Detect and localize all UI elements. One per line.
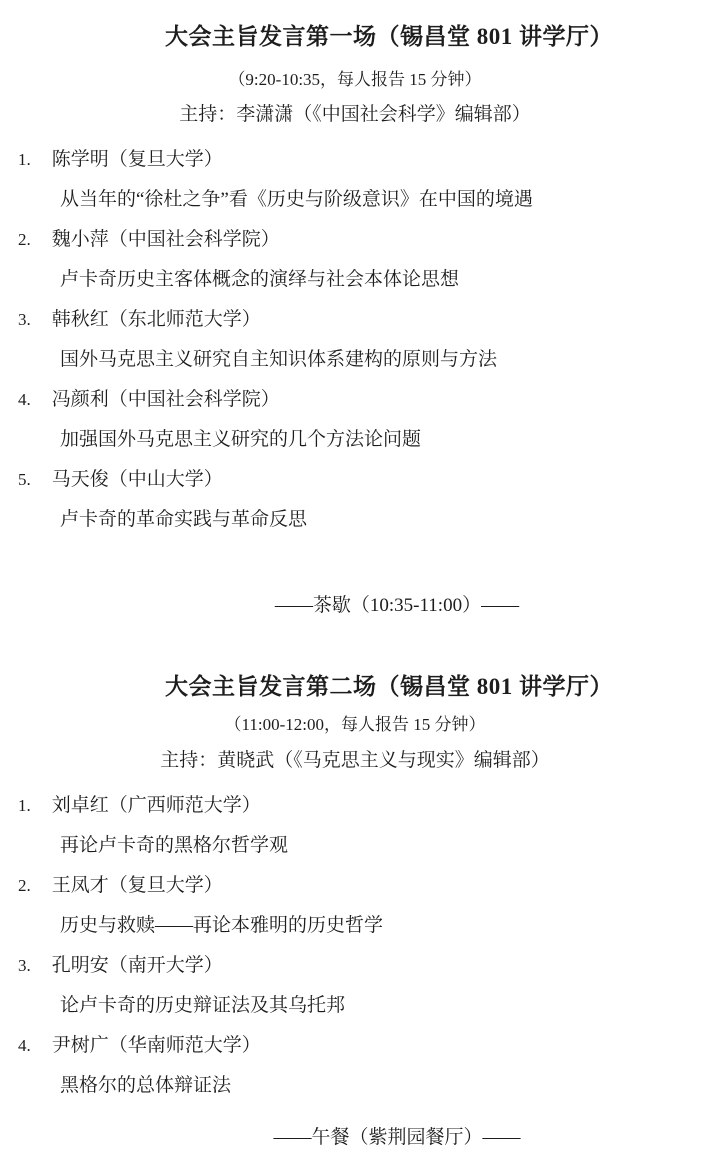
talk-topic: 卢卡奇历史主客体概念的演绎与社会本体论思想 (0, 260, 710, 300)
session-2-talk-list: 1. 刘卓红（广西师范大学） 再论卢卡奇的黑格尔哲学观 2. 王凤才（复旦大学）… (0, 786, 710, 1106)
talk-number: 1. (18, 140, 47, 180)
talk-topic: 加强国外马克思主义研究的几个方法论问题 (0, 420, 710, 460)
talk-item: 5. 马天俊（中山大学） 卢卡奇的革命实践与革命反思 (0, 460, 710, 540)
talk-item: 4. 尹树广（华南师范大学） 黑格尔的总体辩证法 (0, 1026, 710, 1106)
talk-speaker-line: 1. 刘卓红（广西师范大学） (0, 786, 710, 826)
talk-speaker-line: 2. 魏小萍（中国社会科学院） (0, 220, 710, 260)
tea-break-note: ——茶歇（10:35-11:00）—— (0, 586, 710, 626)
talk-speaker-line: 3. 韩秋红（东北师范大学） (0, 300, 710, 340)
talk-topic: 卢卡奇的革命实践与革命反思 (0, 500, 710, 540)
session-2-host: 主持：黄晓武（《马克思主义与现实》编辑部） (0, 749, 710, 773)
lunch-break-note: ——午餐（紫荆园餐厅）—— (0, 1118, 710, 1158)
talk-speaker: 王凤才（复旦大学） (52, 875, 223, 896)
talk-speaker-line: 5. 马天俊（中山大学） (0, 460, 710, 500)
talk-speaker-line: 1. 陈学明（复旦大学） (0, 140, 710, 180)
session-1-time-note: （9:20-10:35，每人报告 15 分钟） (0, 68, 710, 92)
talk-item: 1. 刘卓红（广西师范大学） 再论卢卡奇的黑格尔哲学观 (0, 786, 710, 866)
talk-speaker: 韩秋红（东北师范大学） (52, 309, 261, 330)
talk-topic: 历史与救赎——再论本雅明的历史哲学 (0, 906, 710, 946)
session-1: 大会主旨发言第一场（锡昌堂 801 讲学厅） （9:20-10:35，每人报告 … (0, 22, 710, 626)
talk-item: 3. 韩秋红（东北师范大学） 国外马克思主义研究自主知识体系建构的原则与方法 (0, 300, 710, 380)
conference-program-page: 大会主旨发言第一场（锡昌堂 801 讲学厅） （9:20-10:35，每人报告 … (0, 0, 710, 1175)
talk-speaker: 魏小萍（中国社会科学院） (52, 229, 280, 250)
session-1-host: 主持：李潇潇（《中国社会科学》编辑部） (0, 103, 710, 127)
talk-topic: 国外马克思主义研究自主知识体系建构的原则与方法 (0, 340, 710, 380)
talk-number: 2. (18, 866, 47, 906)
talk-topic: 再论卢卡奇的黑格尔哲学观 (0, 826, 710, 866)
talk-speaker-line: 4. 尹树广（华南师范大学） (0, 1026, 710, 1066)
talk-topic: 论卢卡奇的历史辩证法及其乌托邦 (0, 986, 710, 1026)
talk-speaker: 刘卓红（广西师范大学） (52, 795, 261, 816)
talk-speaker: 孔明安（南开大学） (52, 955, 223, 976)
talk-item: 4. 冯颜利（中国社会科学院） 加强国外马克思主义研究的几个方法论问题 (0, 380, 710, 460)
talk-item: 2. 魏小萍（中国社会科学院） 卢卡奇历史主客体概念的演绎与社会本体论思想 (0, 220, 710, 300)
talk-number: 3. (18, 300, 47, 340)
session-2-time-note: （11:00-12:00，每人报告 15 分钟） (0, 713, 710, 737)
talk-number: 1. (18, 786, 47, 826)
talk-speaker-line: 4. 冯颜利（中国社会科学院） (0, 380, 710, 420)
talk-item: 1. 陈学明（复旦大学） 从当年的“徐杜之争”看《历史与阶级意识》在中国的境遇 (0, 140, 710, 220)
session-2: 大会主旨发言第二场（锡昌堂 801 讲学厅） （11:00-12:00，每人报告… (0, 670, 710, 1158)
talk-number: 2. (18, 220, 47, 260)
talk-speaker: 马天俊（中山大学） (52, 469, 223, 490)
session-1-talk-list: 1. 陈学明（复旦大学） 从当年的“徐杜之争”看《历史与阶级意识》在中国的境遇 … (0, 140, 710, 540)
talk-speaker: 冯颜利（中国社会科学院） (52, 389, 280, 410)
talk-number: 3. (18, 946, 47, 986)
talk-speaker: 陈学明（复旦大学） (52, 149, 223, 170)
talk-number: 4. (18, 380, 47, 420)
talk-item: 2. 王凤才（复旦大学） 历史与救赎——再论本雅明的历史哲学 (0, 866, 710, 946)
talk-number: 5. (18, 460, 47, 500)
talk-number: 4. (18, 1026, 47, 1066)
talk-speaker: 尹树广（华南师范大学） (52, 1035, 261, 1056)
talk-topic: 从当年的“徐杜之争”看《历史与阶级意识》在中国的境遇 (0, 180, 710, 220)
talk-speaker-line: 3. 孔明安（南开大学） (0, 946, 710, 986)
talk-topic: 黑格尔的总体辩证法 (0, 1066, 710, 1106)
session-2-title: 大会主旨发言第二场（锡昌堂 801 讲学厅） (0, 670, 710, 704)
talk-item: 3. 孔明安（南开大学） 论卢卡奇的历史辩证法及其乌托邦 (0, 946, 710, 1026)
session-1-title: 大会主旨发言第一场（锡昌堂 801 讲学厅） (0, 22, 710, 52)
talk-speaker-line: 2. 王凤才（复旦大学） (0, 866, 710, 906)
